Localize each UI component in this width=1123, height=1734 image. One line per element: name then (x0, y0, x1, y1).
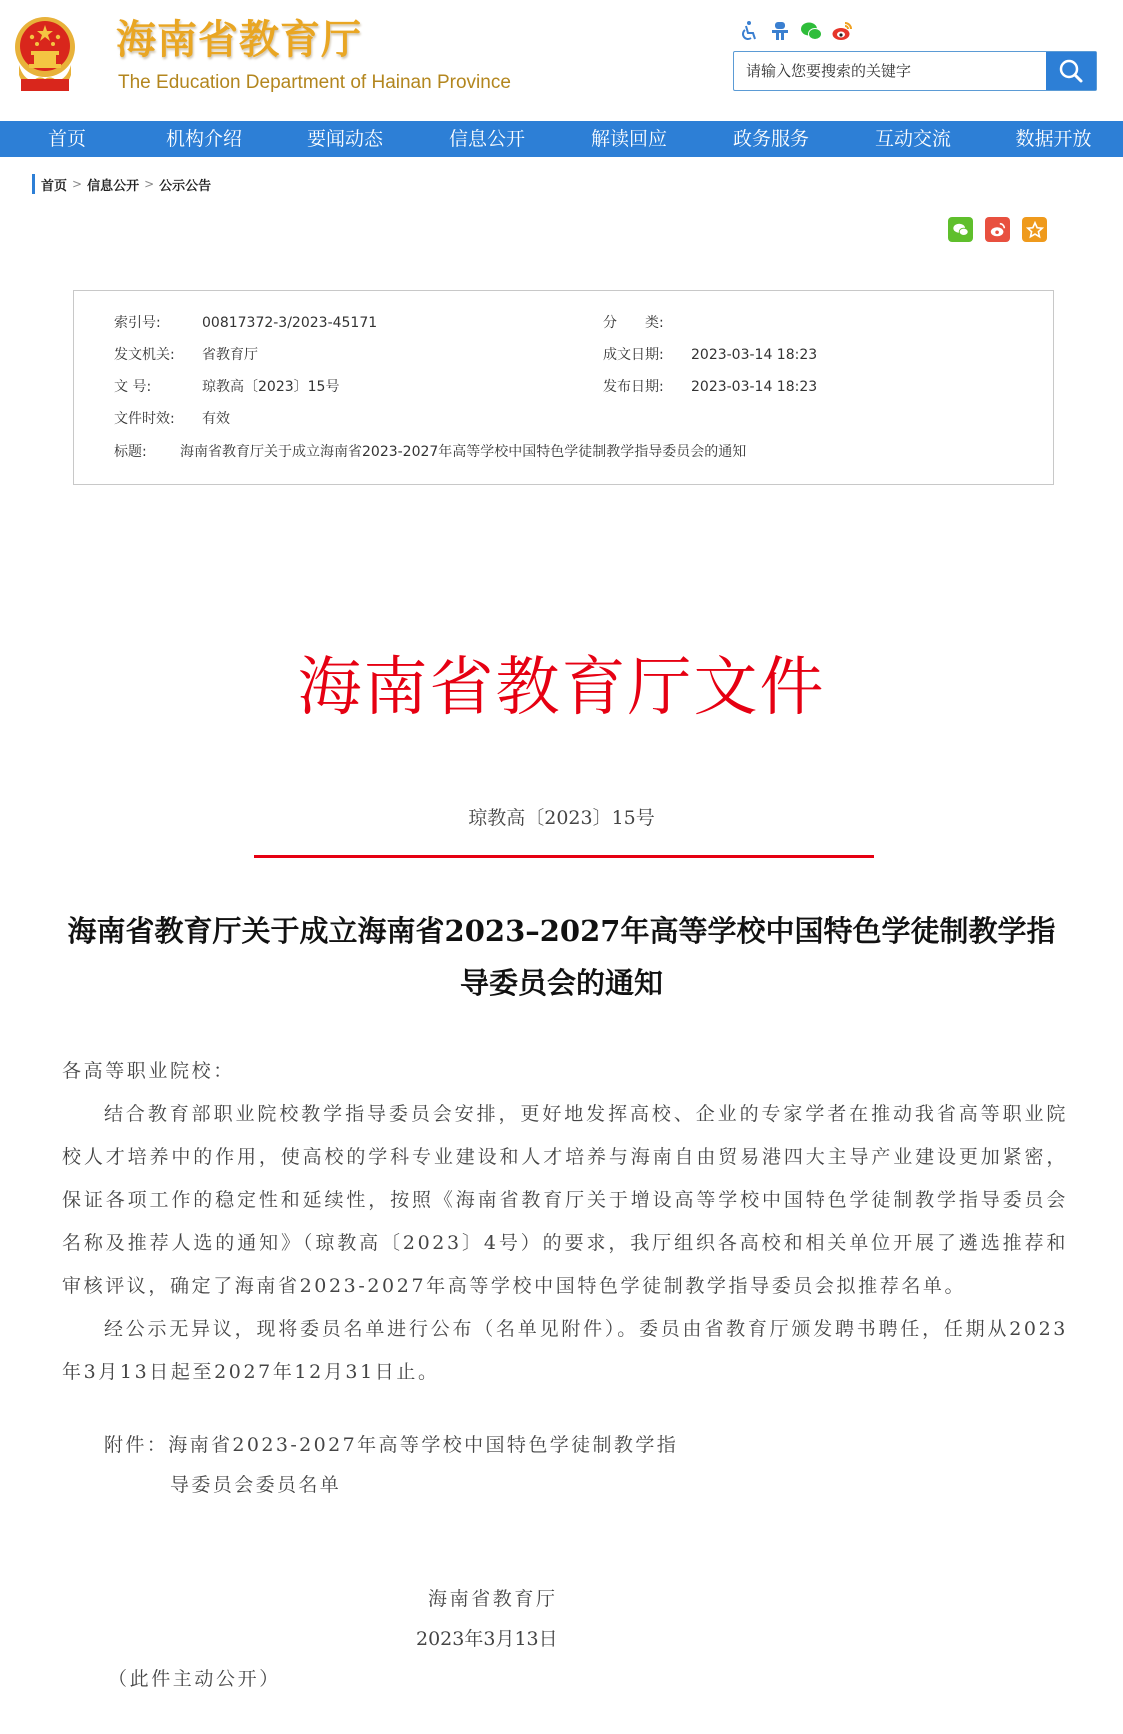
document-number: 琼教高〔2023〕15号 (0, 803, 1123, 830)
document-title: 海南省教育厅关于成立海南省2023–2027年高等学校中国特色学徒制教学指导委员… (55, 905, 1068, 1009)
top-utility-icons (738, 20, 853, 42)
meta-publish-date: 发布日期: 2023-03-14 18:23 (603, 377, 817, 397)
meta-title: 标题: 海南省教育厅关于成立海南省2023-2027年高等学校中国特色学徒制教学… (114, 442, 746, 462)
site-header: 海南省教育厅 The Education Department of Haina… (0, 0, 1123, 121)
search-icon (1058, 58, 1084, 84)
search-button[interactable] (1046, 52, 1096, 90)
meta-label: 文件时效: (114, 409, 202, 429)
national-emblem-logo[interactable] (13, 13, 77, 95)
meta-value: 00817372-3/2023-45171 (202, 313, 377, 333)
meta-value: 2023-03-14 18:23 (691, 345, 817, 365)
breadcrumb: 首页 > 信息公开 > 公示公告 (32, 174, 211, 194)
favorite-icon[interactable] (1022, 217, 1047, 242)
breadcrumb-home[interactable]: 首页 (41, 175, 67, 194)
breadcrumb-info-disclosure[interactable]: 信息公开 (87, 175, 139, 194)
meta-label: 发文机关: (114, 345, 202, 365)
meta-value: 省教育厅 (202, 345, 258, 365)
signature-date: 2023年3月13日 (416, 1624, 558, 1651)
site-title-cn[interactable]: 海南省教育厅 (116, 16, 362, 64)
meta-value: 2023-03-14 18:23 (691, 377, 817, 397)
meta-category: 分 类: (603, 313, 691, 333)
nav-item-interaction[interactable]: 互动交流 (842, 121, 984, 157)
red-divider (254, 855, 874, 858)
breadcrumb-separator: > (144, 177, 154, 191)
accessibility-icon[interactable] (738, 20, 760, 42)
attachment-line-1[interactable]: 附件：海南省2023-2027年高等学校中国特色学徒制教学指 (104, 1425, 704, 1465)
breadcrumb-announcements[interactable]: 公示公告 (159, 175, 211, 194)
meta-doc-no: 文 号: 琼教高〔2023〕15号 (114, 377, 339, 397)
body-paragraph-1: 结合教育部职业院校教学指导委员会安排，更好地发挥高校、企业的专家学者在推动我省高… (62, 1093, 1068, 1308)
search-input[interactable] (734, 52, 1046, 90)
meta-label: 索引号: (114, 313, 202, 333)
signature-org: 海南省教育厅 (428, 1584, 558, 1611)
public-disclosure-note: （此件主动公开） (108, 1664, 281, 1691)
nav-item-gov-services[interactable]: 政务服务 (700, 121, 842, 157)
meta-label: 标题: (114, 442, 180, 462)
meta-validity: 文件时效: 有效 (114, 409, 230, 429)
nav-item-home[interactable]: 首页 (0, 121, 134, 157)
nav-item-interpretation[interactable]: 解读回应 (558, 121, 700, 157)
wechat-share-icon[interactable] (948, 217, 973, 242)
meta-label: 分 类: (603, 313, 691, 333)
nav-item-info-disclosure[interactable]: 信息公开 (416, 121, 558, 157)
wechat-icon[interactable] (800, 20, 822, 42)
meta-value: 有效 (202, 409, 230, 429)
meta-label: 文 号: (114, 377, 202, 397)
nav-item-about[interactable]: 机构介绍 (134, 121, 274, 157)
salutation: 各高等职业院校： (62, 1050, 1068, 1093)
weibo-icon[interactable] (831, 20, 853, 42)
meta-value: 琼教高〔2023〕15号 (202, 377, 339, 397)
body-paragraph-2: 经公示无异议，现将委员名单进行公布（名单见附件）。委员由省教育厅颁发聘书聘任，任… (62, 1308, 1068, 1394)
meta-label: 发布日期: (603, 377, 691, 397)
document-metadata-box: 索引号: 00817372-3/2023-45171 分 类: 发文机关: 省教… (73, 290, 1054, 485)
site-title-en: The Education Department of Hainan Provi… (118, 71, 511, 95)
nav-item-open-data[interactable]: 数据开放 (984, 121, 1123, 157)
meta-value: 海南省教育厅关于成立海南省2023-2027年高等学校中国特色学徒制教学指导委员… (180, 442, 746, 462)
search-box (733, 51, 1097, 91)
nav-item-news[interactable]: 要闻动态 (274, 121, 416, 157)
elder-mode-icon[interactable] (769, 20, 791, 42)
attachment-note: 附件：海南省2023-2027年高等学校中国特色学徒制教学指 导委员会委员名单 (104, 1425, 704, 1505)
meta-label: 成文日期: (603, 345, 691, 365)
meta-written-date: 成文日期: 2023-03-14 18:23 (603, 345, 817, 365)
main-nav: 首页 机构介绍 要闻动态 信息公开 解读回应 政务服务 互动交流 数据开放 (0, 121, 1123, 157)
document-red-header: 海南省教育厅文件 (0, 648, 1123, 728)
meta-issuer: 发文机关: 省教育厅 (114, 345, 258, 365)
meta-index-no: 索引号: 00817372-3/2023-45171 (114, 313, 377, 333)
breadcrumb-separator: > (72, 177, 82, 191)
attachment-line-2[interactable]: 导委员会委员名单 (104, 1465, 704, 1505)
share-bar (948, 217, 1047, 242)
weibo-share-icon[interactable] (985, 217, 1010, 242)
